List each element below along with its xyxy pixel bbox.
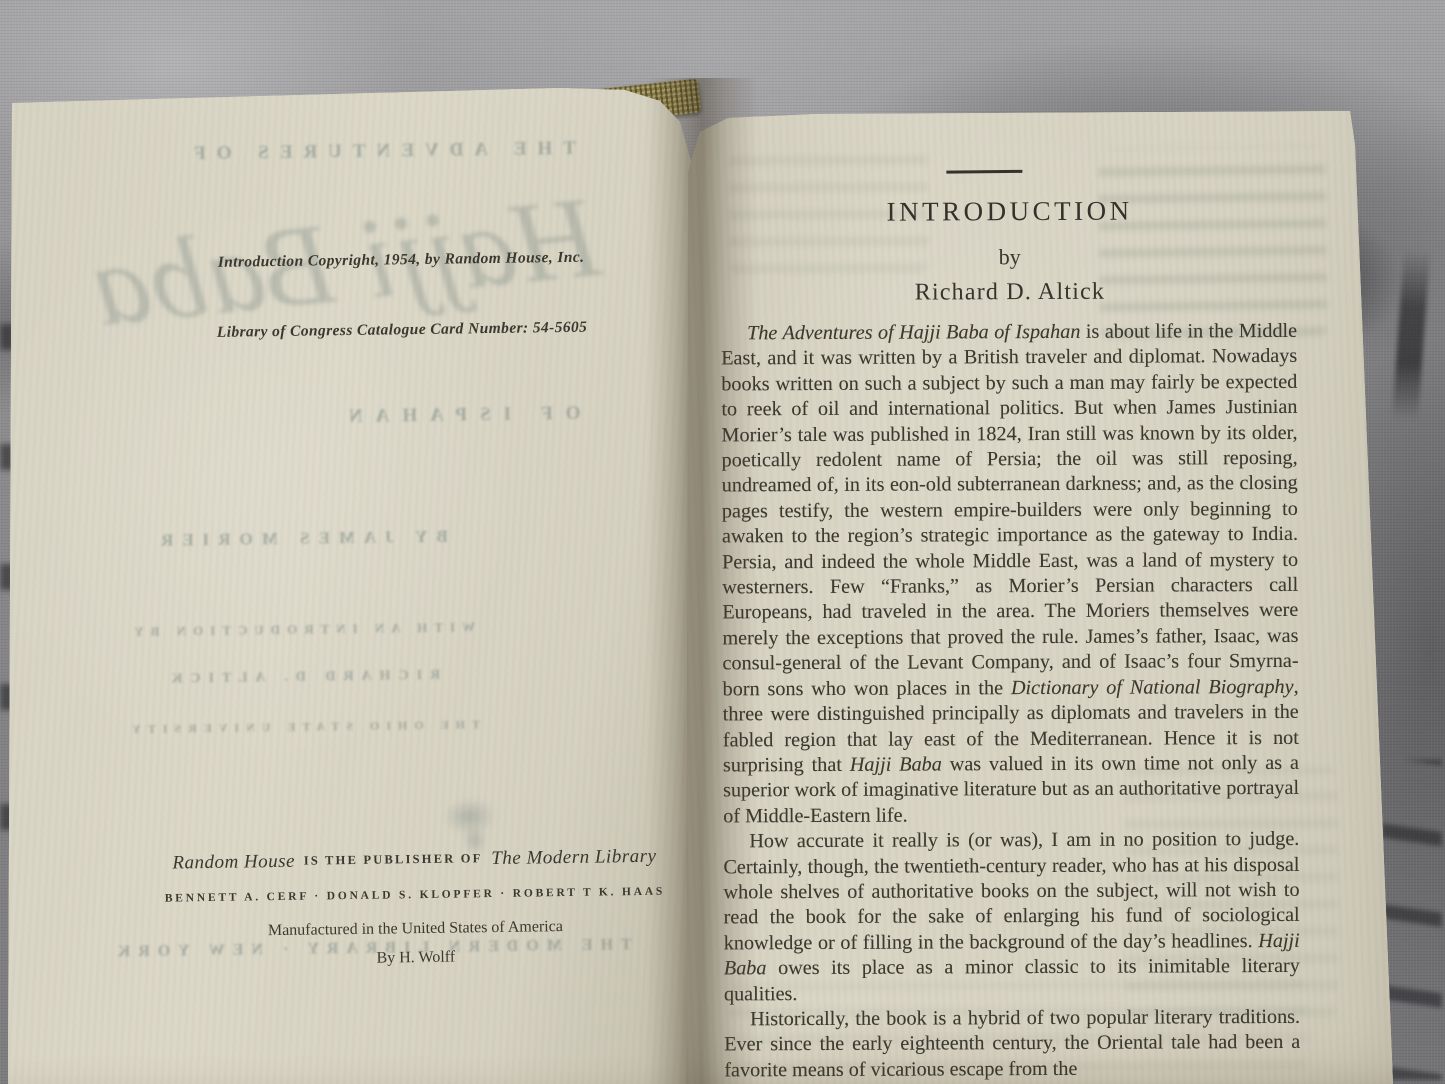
bleedthrough-intro-affiliation: THE OHIO STATE UNIVERSITY bbox=[62, 716, 542, 738]
publisher-name: Random House bbox=[172, 851, 295, 874]
intro-paragraph-2: How accurate it really is (or was), I am… bbox=[723, 827, 1300, 1007]
section-rule bbox=[946, 170, 1022, 174]
bleedthrough-author-line: BY JAMES MORIER bbox=[60, 525, 540, 552]
introduction-title: INTRODUCTION bbox=[684, 195, 1334, 229]
introduction-author: Richard D. Altick bbox=[685, 278, 1335, 308]
intro-paragraph-3: Historically, the book is a hybrid of tw… bbox=[724, 1005, 1300, 1084]
imprint-name: The Modern Library bbox=[491, 846, 657, 869]
byline-prefix: by bbox=[685, 243, 1335, 272]
left-page: THE ADVENTURES OF Hajji Baba OF ISPAHAN … bbox=[0, 0, 700, 1084]
introduction-body: The Adventures of Hajji Baba of Ispahan … bbox=[721, 319, 1300, 1084]
right-page-content: INTRODUCTION by Richard D. Altick The Ad… bbox=[684, 0, 1403, 1084]
founders-line: BENNETT A. CERF · DONALD S. KLOPFER · RO… bbox=[100, 885, 730, 906]
left-page-content: THE ADVENTURES OF Hajji Baba OF ISPAHAN … bbox=[0, 0, 708, 1084]
bleedthrough-intro-credit: WITH AN INTRODUCTION BY bbox=[61, 618, 541, 641]
intro-paragraph-1: The Adventures of Hajji Baba of Ispahan … bbox=[721, 319, 1299, 830]
publisher-connector: IS THE PUBLISHER OF bbox=[300, 851, 487, 868]
book-photo-scene: THE ADVENTURES OF Hajji Baba OF ISPAHAN … bbox=[0, 0, 1445, 1084]
publisher-line: Random House IS THE PUBLISHER OF The Mod… bbox=[99, 845, 729, 876]
bleedthrough-series-title: THE ADVENTURES OF bbox=[89, 137, 669, 167]
bleedthrough-intro-author: RICHARD D. ALTICK bbox=[62, 666, 542, 689]
bleedthrough-subtitle: OF ISPAHAN bbox=[248, 402, 668, 430]
